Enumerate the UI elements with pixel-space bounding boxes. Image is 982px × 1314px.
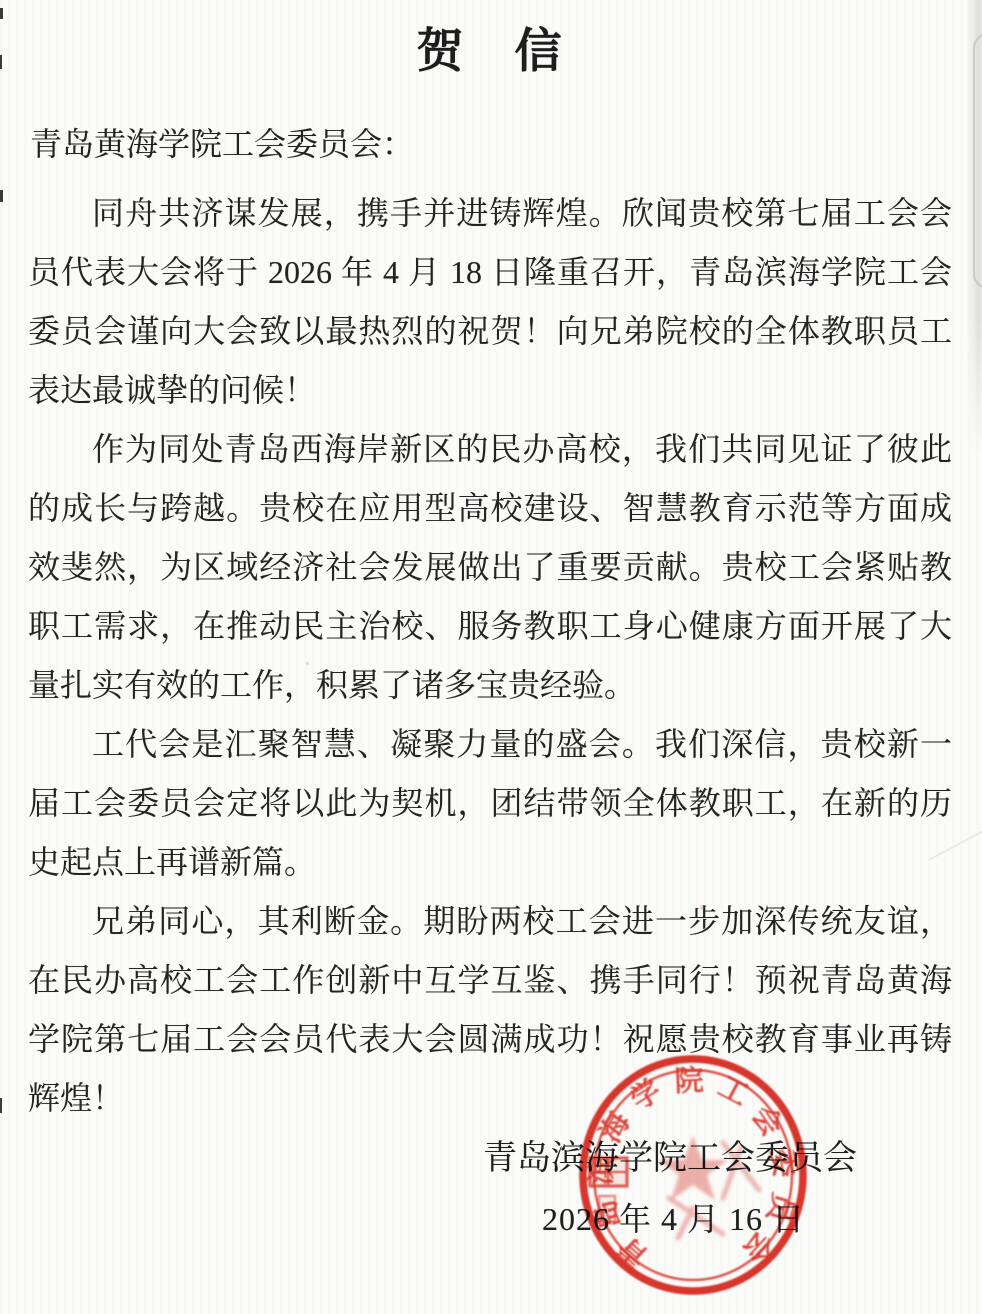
scan-speckle (758, 338, 762, 342)
body-line: 兄弟同心，其利断金。期盼两校工会进一步加深传统友谊， (28, 892, 952, 951)
salutation: 青岛黄海学院工会委员会： (30, 119, 414, 165)
body-line: 在民办高校工会工作创新中互学互鉴、携手同行！预祝青岛黄海 (28, 951, 952, 1010)
scan-page-curl-line (973, 33, 982, 289)
letter-page: 贺 信 青岛黄海学院工会委员会： 同舟共济谋发展，携手并进铸辉煌。欣闻贵校第七届… (0, 0, 982, 1314)
seal-star (658, 1136, 728, 1200)
body-line: 工代会是汇聚智慧、凝聚力量的盛会。我们深信，贵校新一 (28, 715, 952, 774)
body-line: 学院第七届工会会员代表大会圆满成功！祝愿贵校教育事业再铸 (28, 1010, 952, 1069)
scan-speckle (306, 662, 309, 665)
body-line: 职工需求，在推动民主治校、服务教职工身心健康方面开展了大 (28, 597, 952, 656)
scan-edge-mark (0, 8, 3, 19)
scan-speckle (700, 905, 704, 910)
official-seal-stamp: 青岛滨海学院工会委员会 (573, 1048, 813, 1300)
scan-edge-mark (0, 1098, 2, 1113)
body-line: 届工会委员会定将以此为契机，团结带领全体教职工，在新的历 (28, 774, 952, 833)
body-line: 量扎实有效的工作，积累了诸多宝贵经验。 (28, 656, 952, 715)
body-line: 辉煌！ (28, 1069, 952, 1128)
body-line: 表达最诚挚的问候！ (28, 361, 952, 420)
letter-body: 同舟共济谋发展，携手并进铸辉煌。欣闻贵校第七届工会会 员代表大会将于 2026 … (28, 184, 952, 1128)
body-line: 作为同处青岛西海岸新区的民办高校，我们共同见证了彼此 (28, 420, 952, 479)
scan-edge-mark (0, 190, 3, 202)
body-line: 史起点上再谱新篇。 (28, 833, 952, 892)
scan-edge-mark (0, 55, 2, 69)
letter-title: 贺 信 (28, 14, 952, 81)
body-line: 效斐然，为区域经济社会发展做出了重要贡献。贵校工会紧贴教 (28, 538, 952, 597)
body-line: 员代表大会将于 2026 年 4 月 18 日隆重召开，青岛滨海学院工会 (28, 243, 952, 302)
body-line: 的成长与跨越。贵校在应用型高校建设、智慧教育示范等方面成 (28, 479, 952, 538)
body-line: 委员会谨向大会致以最热烈的祝贺！向兄弟院校的全体教职员工 (28, 302, 952, 361)
body-line: 同舟共济谋发展，携手并进铸辉煌。欣闻贵校第七届工会会 (28, 184, 952, 243)
